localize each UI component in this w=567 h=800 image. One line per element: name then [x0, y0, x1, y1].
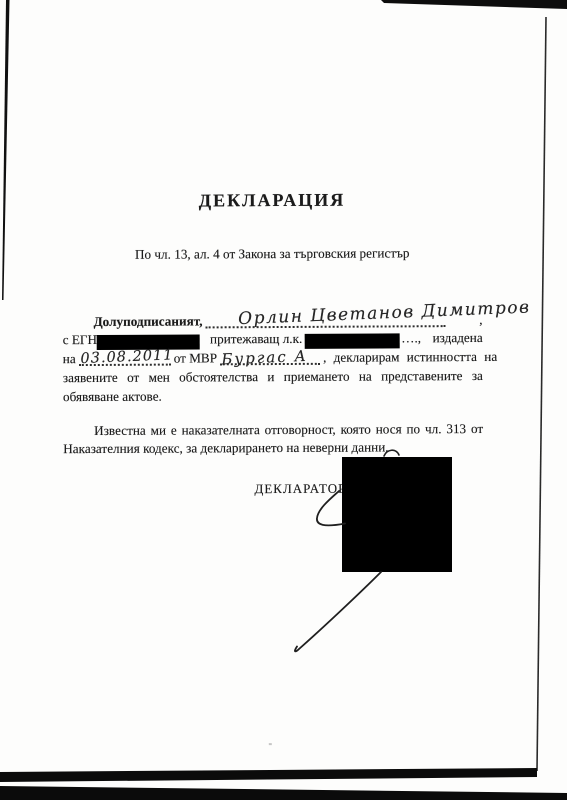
handwritten-date: 03.08.2011	[80, 348, 174, 368]
idcard-dots: ….,	[401, 331, 421, 347]
line-issue-date: на 03.08.2011 от МВР Бургас А , декларир…	[63, 349, 483, 370]
declarator-label: ДЕКЛАРАТОР:	[254, 481, 351, 498]
mvr-label: от МВР	[174, 350, 217, 366]
liability-paragraph: Известна ми е наказателната отговорност,…	[63, 420, 483, 459]
idcard-redaction-box	[304, 333, 399, 348]
name-dotted-line: Орлин Цветанов Димитров	[205, 314, 445, 329]
on-label: на	[63, 351, 76, 367]
declare-truth-text: , декларирам истинността на	[323, 349, 497, 366]
document-subtitle: По чл. 13, ал. 4 от Закона за търговския…	[62, 245, 482, 263]
liability-line2: Наказателния кодекс, за декларирането на…	[63, 438, 483, 459]
egn-label: с ЕГН	[63, 332, 97, 348]
handwritten-issuer: Бургас А	[221, 347, 308, 368]
line-undersigned: Долуподписаният, Орлин Цветанов Димитров…	[63, 312, 483, 333]
issued-label: издадена	[433, 330, 483, 346]
scanned-declaration-page: ДЕКЛАРАЦИЯ По чл. 13, ал. 4 от Закона за…	[0, 0, 567, 800]
egn-redaction-box	[97, 334, 200, 350]
undersigned-label: Долуподписаният,	[63, 313, 203, 330]
scan-speck	[269, 743, 272, 745]
line-circumstances: заявените от мен обстоятелства и приеман…	[63, 367, 483, 388]
liability-line1: Известна ми е наказателната отговорност,…	[63, 420, 483, 441]
idcard-label: притежаващ л.к.	[210, 331, 302, 347]
issuer-dotted-line: Бургас А	[220, 351, 320, 366]
date-dotted-line: 03.08.2011	[79, 352, 171, 366]
document-content: ДЕКЛАРАЦИЯ По чл. 13, ал. 4 от Закона за…	[0, 0, 567, 800]
declaration-paragraph: Долуподписаният, Орлин Цветанов Димитров…	[63, 312, 483, 406]
document-title: ДЕКЛАРАЦИЯ	[62, 189, 482, 212]
signature-redaction-box	[342, 457, 452, 572]
line-acts: обявяване актове.	[63, 386, 483, 407]
